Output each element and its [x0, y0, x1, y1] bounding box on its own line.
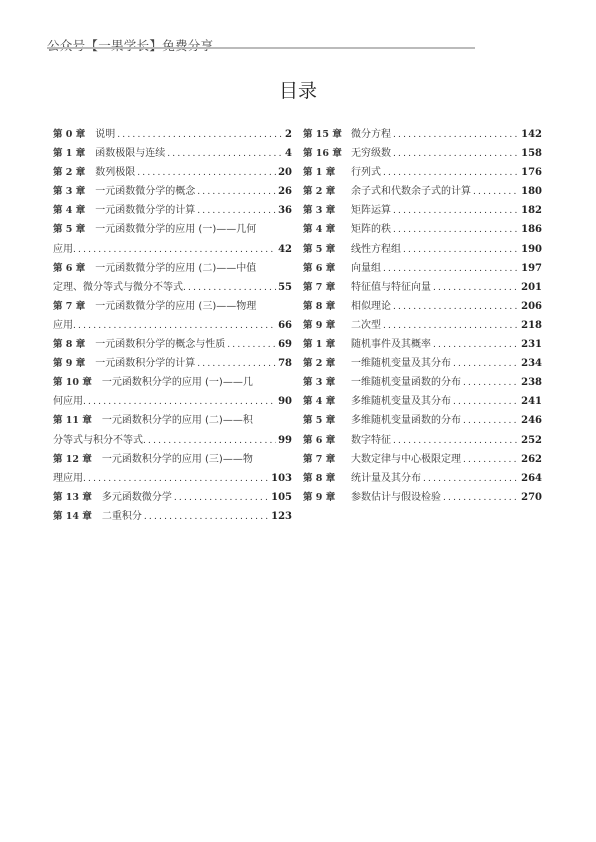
- dot-leader: [197, 355, 276, 374]
- chapter-number: 第 14 章: [53, 507, 92, 526]
- toc-entry[interactable]: 第 8 章统计量及其分布264: [303, 469, 542, 488]
- header-divider: [47, 47, 475, 49]
- page-number: 42: [278, 240, 292, 259]
- chapter-title: 一维随机变量及其分布: [351, 354, 451, 373]
- chapter-title: 无穷级数: [351, 144, 391, 163]
- page-number: 78: [278, 354, 292, 373]
- chapter-number: 第 3 章: [303, 373, 343, 392]
- chapter-number: 第 12 章: [53, 450, 92, 469]
- page-number: 55: [278, 278, 292, 297]
- toc-entry-continuation[interactable]: 应用66: [53, 316, 292, 335]
- dot-leader: [403, 241, 519, 260]
- page-number: 99: [278, 431, 292, 450]
- toc-entry-continuation[interactable]: 分等式与积分不等式99: [53, 431, 292, 450]
- page-number: 69: [278, 335, 292, 354]
- chapter-number: 第 3 章: [303, 201, 343, 220]
- page-number: 262: [521, 450, 542, 469]
- chapter-number: 第 7 章: [303, 278, 343, 297]
- toc-entry[interactable]: 第 1 章行列式176: [303, 163, 542, 182]
- chapter-title: 一元函数积分学的计算: [95, 354, 195, 373]
- chapter-number: 第 10 章: [53, 373, 92, 392]
- chapter-title: 一元函数积分学的概念与性质: [95, 335, 225, 354]
- dot-leader: [197, 202, 276, 221]
- chapter-number: 第 13 章: [53, 488, 92, 507]
- page-title: 目录: [0, 76, 596, 103]
- toc-entry[interactable]: 第 8 章一元函数积分学的概念与性质69: [53, 335, 292, 354]
- chapter-title: 一元函数微分学的应用 (一)——几何: [95, 220, 256, 239]
- chapter-number: 第 6 章: [303, 431, 343, 450]
- chapter-number: 第 5 章: [53, 220, 85, 239]
- page-number: 234: [521, 354, 542, 373]
- chapter-title-continuation: 应用: [53, 240, 73, 259]
- dot-leader: [183, 279, 276, 298]
- chapter-number: 第 9 章: [303, 488, 343, 507]
- page-number: 264: [521, 469, 542, 488]
- chapter-number: 第 5 章: [303, 411, 343, 430]
- page-number: 105: [271, 488, 292, 507]
- chapter-title: 数列极限: [95, 163, 135, 182]
- chapter-number: 第 2 章: [303, 354, 343, 373]
- chapter-title: 多维随机变量及其分布: [351, 392, 451, 411]
- dot-leader: [443, 489, 519, 508]
- toc-entry[interactable]: 第 3 章矩阵运算182: [303, 201, 542, 220]
- dot-leader: [197, 183, 276, 202]
- dot-leader: [144, 508, 269, 527]
- chapter-number: 第 2 章: [53, 163, 85, 182]
- dot-leader: [433, 336, 519, 355]
- chapter-title: 特征值与特征向量: [351, 278, 431, 297]
- chapter-title: 随机事件及其概率: [351, 335, 431, 354]
- chapter-number: 第 4 章: [303, 392, 343, 411]
- toc-entry[interactable]: 第 2 章数列极限20: [53, 163, 292, 182]
- dot-leader: [463, 374, 519, 393]
- chapter-title-continuation: 理应用: [53, 469, 83, 488]
- dot-leader: [143, 432, 276, 451]
- chapter-title: 微分方程: [351, 125, 391, 144]
- chapter-title: 相似理论: [351, 297, 391, 316]
- page-number: 241: [521, 392, 542, 411]
- toc-entry[interactable]: 第 5 章一元函数微分学的应用 (一)——几何: [53, 220, 292, 239]
- dot-leader: [383, 317, 519, 336]
- dot-leader: [137, 164, 276, 183]
- page-number: 36: [278, 201, 292, 220]
- dot-leader: [83, 470, 269, 489]
- page-number: 123: [271, 507, 292, 526]
- dot-leader: [83, 393, 276, 412]
- page-number: 142: [521, 125, 542, 144]
- page-number: 246: [521, 411, 542, 430]
- toc-entry-continuation[interactable]: 何应用90: [53, 392, 292, 411]
- chapter-title-continuation: 定理、微分等式与微分不等式: [53, 278, 183, 297]
- chapter-number: 第 0 章: [53, 125, 85, 144]
- toc-entry[interactable]: 第 12 章一元函数积分学的应用 (三)——物: [53, 450, 292, 469]
- page-number: 218: [521, 316, 542, 335]
- toc-entry[interactable]: 第 1 章随机事件及其概率231: [303, 335, 542, 354]
- toc-entry[interactable]: 第 5 章多维随机变量函数的分布246: [303, 411, 542, 430]
- chapter-number: 第 7 章: [303, 450, 343, 469]
- page-number: 180: [521, 182, 542, 201]
- dot-leader: [473, 183, 519, 202]
- page-number: 201: [521, 278, 542, 297]
- page-number: 186: [521, 220, 542, 239]
- page-number: 176: [521, 163, 542, 182]
- chapter-title: 二次型: [351, 316, 381, 335]
- toc-entry[interactable]: 第 13 章多元函数微分学105: [53, 488, 292, 507]
- chapter-title: 余子式和代数余子式的计算: [351, 182, 471, 201]
- toc-entry-continuation[interactable]: 定理、微分等式与微分不等式55: [53, 278, 292, 297]
- chapter-number: 第 8 章: [303, 297, 343, 316]
- dot-leader: [393, 432, 519, 451]
- chapter-title: 矩阵的秩: [351, 220, 391, 239]
- chapter-number: 第 9 章: [53, 354, 85, 373]
- chapter-number: 第 3 章: [53, 182, 85, 201]
- dot-leader: [393, 126, 519, 145]
- page-number: 20: [278, 163, 292, 182]
- toc-entry[interactable]: 第 8 章相似理论206: [303, 297, 542, 316]
- chapter-title: 统计量及其分布: [351, 469, 421, 488]
- page-number: 66: [278, 316, 292, 335]
- page-number: 182: [521, 201, 542, 220]
- dot-leader: [167, 145, 283, 164]
- toc-entry[interactable]: 第 5 章线性方程组190: [303, 240, 542, 259]
- toc-entry[interactable]: 第 6 章一元函数微分学的应用 (二)——中值: [53, 259, 292, 278]
- chapter-number: 第 9 章: [303, 316, 343, 335]
- page-number: 238: [521, 373, 542, 392]
- toc-entry[interactable]: 第 7 章特征值与特征向量201: [303, 278, 542, 297]
- chapter-number: 第 1 章: [53, 144, 85, 163]
- toc-entry[interactable]: 第 14 章二重积分123: [53, 507, 292, 526]
- page-number: 90: [278, 392, 292, 411]
- dot-leader: [227, 336, 276, 355]
- page-number: 197: [521, 259, 542, 278]
- dot-leader: [174, 489, 269, 508]
- chapter-number: 第 15 章: [303, 125, 343, 144]
- page-number: 158: [521, 144, 542, 163]
- chapter-title: 行列式: [351, 163, 381, 182]
- dot-leader: [463, 451, 519, 470]
- chapter-title: 一元函数积分学的应用 (一)——几: [102, 373, 253, 392]
- toc-right-column: 第 15 章微分方程142第 16 章无穷级数158第 1 章行列式176第 2…: [303, 125, 542, 507]
- chapter-title: 一元函数微分学的计算: [95, 201, 195, 220]
- chapter-number: 第 2 章: [303, 182, 343, 201]
- chapter-number: 第 6 章: [53, 259, 85, 278]
- toc-entry[interactable]: 第 6 章向量组197: [303, 259, 542, 278]
- chapter-number: 第 11 章: [53, 411, 92, 430]
- dot-leader: [117, 126, 283, 145]
- chapter-title: 数字特征: [351, 431, 391, 450]
- page-number: 26: [278, 182, 292, 201]
- toc-entry[interactable]: 第 9 章一元函数积分学的计算78: [53, 354, 292, 373]
- chapter-title: 二重积分: [102, 507, 142, 526]
- chapter-number: 第 5 章: [303, 240, 343, 259]
- chapter-title: 函数极限与连续: [95, 144, 165, 163]
- toc-entry[interactable]: 第 15 章微分方程142: [303, 125, 542, 144]
- toc-entry[interactable]: 第 7 章大数定律与中心极限定理262: [303, 450, 542, 469]
- chapter-number: 第 1 章: [303, 163, 343, 182]
- toc-entry-continuation[interactable]: 应用42: [53, 240, 292, 259]
- chapter-number: 第 6 章: [303, 259, 343, 278]
- chapter-number: 第 1 章: [303, 335, 343, 354]
- chapter-title: 矩阵运算: [351, 201, 391, 220]
- toc-entry[interactable]: 第 2 章一维随机变量及其分布234: [303, 354, 542, 373]
- dot-leader: [393, 221, 519, 240]
- chapter-number: 第 7 章: [53, 297, 85, 316]
- dot-leader: [383, 164, 519, 183]
- chapter-title: 一元函数积分学的应用 (三)——物: [102, 450, 253, 469]
- chapter-number: 第 4 章: [303, 220, 343, 239]
- chapter-number: 第 4 章: [53, 201, 85, 220]
- toc-left-column: 第 0 章说明2第 1 章函数极限与连续4第 2 章数列极限20第 3 章一元函…: [53, 125, 292, 526]
- page-number: 270: [521, 488, 542, 507]
- chapter-number: 第 8 章: [303, 469, 343, 488]
- chapter-title: 多元函数微分学: [102, 488, 172, 507]
- page-number: 231: [521, 335, 542, 354]
- chapter-title: 线性方程组: [351, 240, 401, 259]
- toc-entry[interactable]: 第 4 章多维随机变量及其分布241: [303, 392, 542, 411]
- dot-leader: [453, 393, 519, 412]
- chapter-title-continuation: 分等式与积分不等式: [53, 431, 143, 450]
- toc-entry[interactable]: 第 9 章二次型218: [303, 316, 542, 335]
- page-number: 4: [285, 144, 292, 163]
- chapter-title: 一元函数微分学的概念: [95, 182, 195, 201]
- toc-entry[interactable]: 第 0 章说明2: [53, 125, 292, 144]
- dot-leader: [453, 355, 519, 374]
- chapter-title-continuation: 应用: [53, 316, 73, 335]
- toc-entry[interactable]: 第 3 章一维随机变量函数的分布238: [303, 373, 542, 392]
- toc-entry[interactable]: 第 4 章一元函数微分学的计算36: [53, 201, 292, 220]
- dot-leader: [423, 470, 519, 489]
- toc-entry[interactable]: 第 2 章余子式和代数余子式的计算180: [303, 182, 542, 201]
- chapter-title: 说明: [95, 125, 115, 144]
- chapter-number: 第 16 章: [303, 144, 343, 163]
- page-number: 2: [285, 125, 292, 144]
- toc-entry[interactable]: 第 4 章矩阵的秩186: [303, 220, 542, 239]
- chapter-title: 大数定律与中心极限定理: [351, 450, 461, 469]
- dot-leader: [73, 241, 276, 260]
- page-header: 公众号【一果学长】免费分享: [47, 36, 475, 54]
- toc-entry[interactable]: 第 3 章一元函数微分学的概念26: [53, 182, 292, 201]
- chapter-title: 参数估计与假设检验: [351, 488, 441, 507]
- page-number: 206: [521, 297, 542, 316]
- dot-leader: [463, 412, 519, 431]
- toc-entry[interactable]: 第 1 章函数极限与连续4: [53, 144, 292, 163]
- chapter-title: 多维随机变量函数的分布: [351, 411, 461, 430]
- page-number: 103: [271, 469, 292, 488]
- toc-entry-continuation[interactable]: 理应用103: [53, 469, 292, 488]
- dot-leader: [433, 279, 519, 298]
- chapter-title-continuation: 何应用: [53, 392, 83, 411]
- dot-leader: [393, 202, 519, 221]
- toc-entry[interactable]: 第 10 章一元函数积分学的应用 (一)——几: [53, 373, 292, 392]
- chapter-number: 第 8 章: [53, 335, 85, 354]
- dot-leader: [73, 317, 276, 336]
- chapter-title: 一维随机变量函数的分布: [351, 373, 461, 392]
- dot-leader: [393, 298, 519, 317]
- chapter-title: 一元函数微分学的应用 (二)——中值: [95, 259, 256, 278]
- toc-entry[interactable]: 第 9 章参数估计与假设检验270: [303, 488, 542, 507]
- chapter-title: 向量组: [351, 259, 381, 278]
- toc-entry[interactable]: 第 6 章数字特征252: [303, 431, 542, 450]
- chapter-title: 一元函数微分学的应用 (三)——物理: [95, 297, 256, 316]
- dot-leader: [383, 260, 519, 279]
- page-number: 190: [521, 240, 542, 259]
- page-number: 252: [521, 431, 542, 450]
- chapter-title: 一元函数积分学的应用 (二)——积: [102, 411, 253, 430]
- toc-entry[interactable]: 第 11 章一元函数积分学的应用 (二)——积: [53, 411, 292, 430]
- dot-leader: [393, 145, 519, 164]
- toc-entry[interactable]: 第 16 章无穷级数158: [303, 144, 542, 163]
- toc-entry[interactable]: 第 7 章一元函数微分学的应用 (三)——物理: [53, 297, 292, 316]
